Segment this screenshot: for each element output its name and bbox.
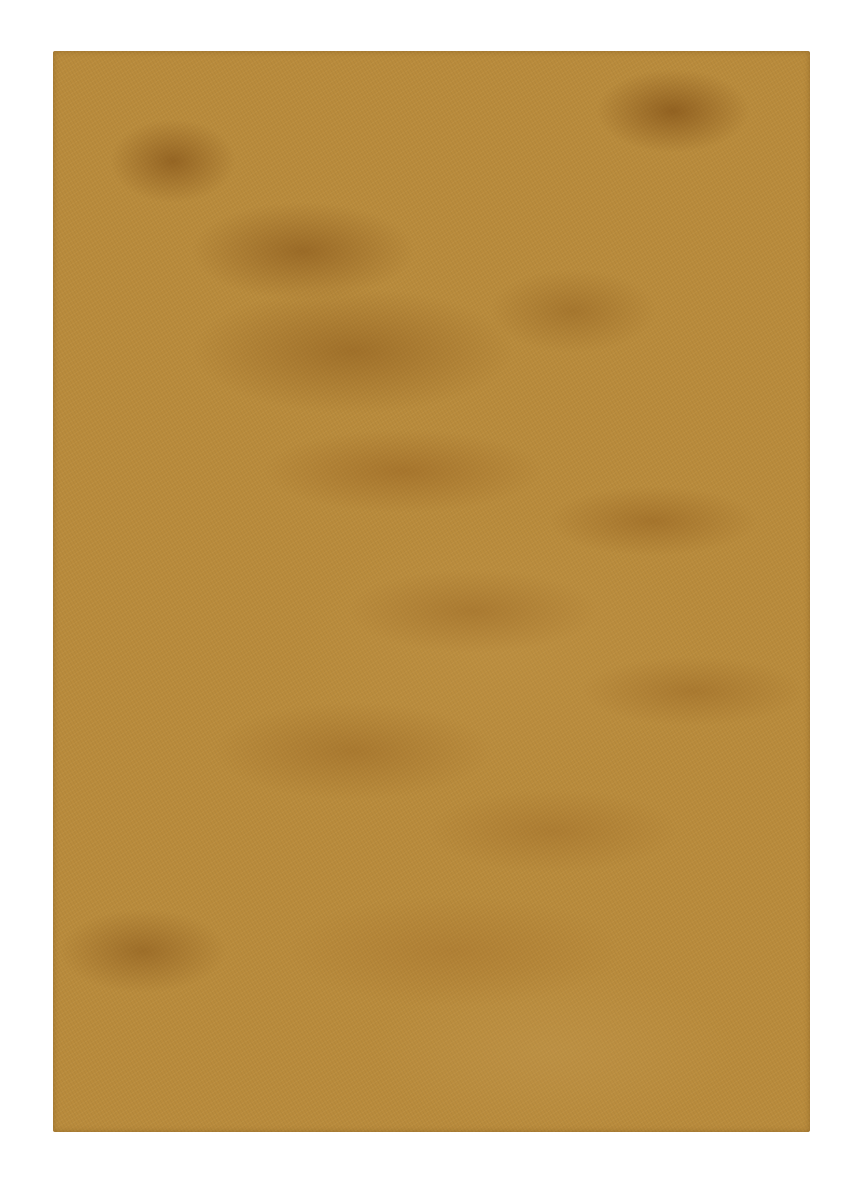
shag-rug xyxy=(53,51,810,1132)
